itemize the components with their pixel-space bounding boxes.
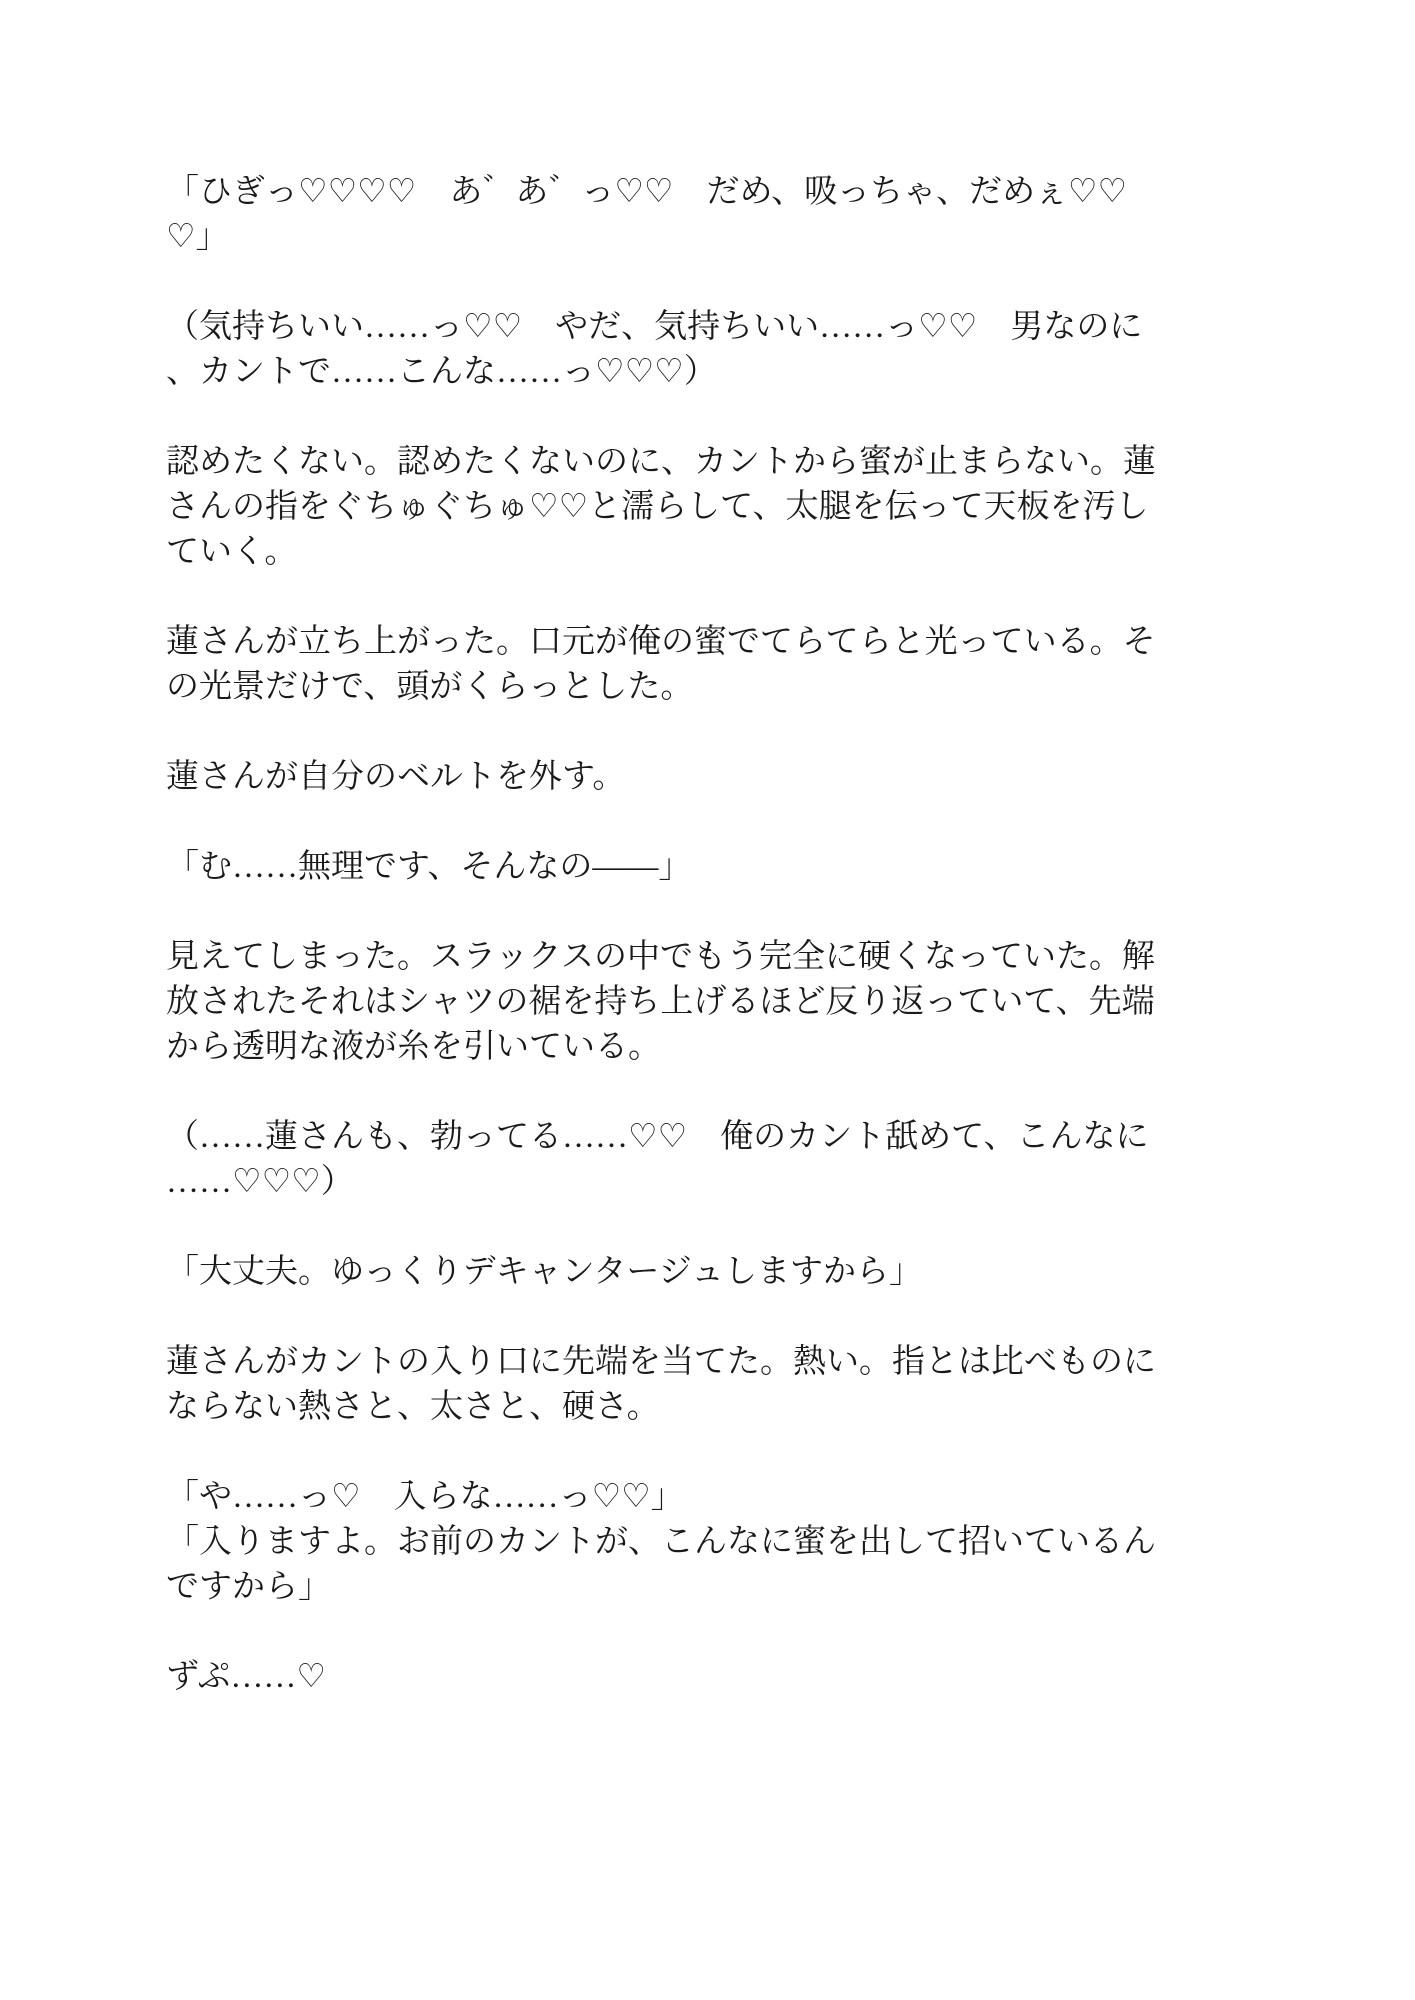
text-line: ていく。 [166,530,1176,575]
text-line: 蓮さんが立ち上がった。口元が俺の蜜でてらてらと光っている。そ [166,620,1176,665]
text-line: 見えてしまった。スラックスの中でもう完全に硬くなっていた。解 [166,935,1176,980]
text-line: 「む……無理です、そんなの――」 [166,845,1176,890]
paragraph-1: 「ひぎっ♡♡♡♡ あ゛あ゛っ♡♡ だめ、吸っちゃ、だめぇ♡♡♡」 [166,170,1176,260]
text-line: 蓮さんが自分のベルトを外す。 [166,755,1176,800]
paragraph-7: 見えてしまった。スラックスの中でもう完全に硬くなっていた。解放されたそれはシャツ… [166,935,1176,1070]
paragraph-6: 「む……無理です、そんなの――」 [166,845,1176,890]
paragraph-5: 蓮さんが自分のベルトを外す。 [166,755,1176,800]
text-line: ♡」 [166,215,1176,260]
text-line: 「入りますよ。お前のカントが、こんなに蜜を出して招いているん [166,1520,1176,1565]
paragraph-8: （……蓮さんも、勃ってる……♡♡ 俺のカント舐めて、こんなに……♡♡♡） [166,1115,1176,1205]
paragraph-3: 認めたくない。認めたくないのに、カントから蜜が止まらない。蓮さんの指をぐちゅぐち… [166,440,1176,575]
text-line: （……蓮さんも、勃ってる……♡♡ 俺のカント舐めて、こんなに [166,1115,1176,1160]
document-text-body: 「ひぎっ♡♡♡♡ あ゛あ゛っ♡♡ だめ、吸っちゃ、だめぇ♡♡♡」（気持ちいい……… [166,170,1176,1745]
text-line: ……♡♡♡） [166,1160,1176,1205]
text-line: ならない熱さと、太さと、硬さ。 [166,1385,1176,1430]
document-page: 「ひぎっ♡♡♡♡ あ゛あ゛っ♡♡ だめ、吸っちゃ、だめぇ♡♡♡」（気持ちいい……… [0,0,1415,2000]
text-line: （気持ちいい……っ♡♡ やだ、気持ちいい……っ♡♡ 男なのに [166,305,1176,350]
text-line: さんの指をぐちゅぐちゅ♡♡と濡らして、太腿を伝って天板を汚し [166,485,1176,530]
text-line: 「ひぎっ♡♡♡♡ あ゛あ゛っ♡♡ だめ、吸っちゃ、だめぇ♡♡ [166,170,1176,215]
text-line: の光景だけで、頭がくらっとした。 [166,665,1176,710]
text-line: 放されたそれはシャツの裾を持ち上げるほど反り返っていて、先端 [166,980,1176,1025]
paragraph-12: ずぷ……♡ [166,1655,1176,1700]
text-line: から透明な液が糸を引いている。 [166,1025,1176,1070]
text-line: ですから」 [166,1565,1176,1610]
text-line: 「大丈夫。ゆっくりデキャンタージュしますから」 [166,1250,1176,1295]
paragraph-11: 「や……っ♡ 入らな……っ♡♡」「入りますよ。お前のカントが、こんなに蜜を出して… [166,1475,1176,1610]
paragraph-2: （気持ちいい……っ♡♡ やだ、気持ちいい……っ♡♡ 男なのに、カントで……こんな… [166,305,1176,395]
paragraph-9: 「大丈夫。ゆっくりデキャンタージュしますから」 [166,1250,1176,1295]
paragraph-10: 蓮さんがカントの入り口に先端を当てた。熱い。指とは比べものにならない熱さと、太さ… [166,1340,1176,1430]
text-line: 蓮さんがカントの入り口に先端を当てた。熱い。指とは比べものに [166,1340,1176,1385]
text-line: 、カントで……こんな……っ♡♡♡） [166,350,1176,395]
text-line: ずぷ……♡ [166,1655,1176,1700]
text-line: 認めたくない。認めたくないのに、カントから蜜が止まらない。蓮 [166,440,1176,485]
text-line: 「や……っ♡ 入らな……っ♡♡」 [166,1475,1176,1520]
paragraph-4: 蓮さんが立ち上がった。口元が俺の蜜でてらてらと光っている。その光景だけで、頭がく… [166,620,1176,710]
